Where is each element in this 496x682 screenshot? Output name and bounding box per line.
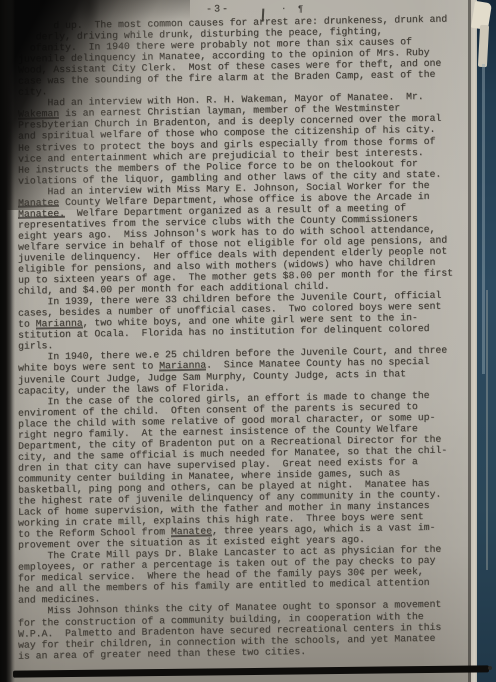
photo-left-black-edge bbox=[0, 0, 15, 682]
page-fore-edge-sliver bbox=[482, 64, 485, 374]
page-corner-shadow bbox=[0, 0, 215, 210]
photo-bottom-mark bbox=[488, 666, 492, 670]
pen-annotation-mark: · ¶ bbox=[281, 4, 307, 14]
photo-of-document-page: -3- · ¶ d up. The most common causes for… bbox=[0, 0, 496, 682]
page-fore-edge-sliver bbox=[486, 290, 488, 570]
